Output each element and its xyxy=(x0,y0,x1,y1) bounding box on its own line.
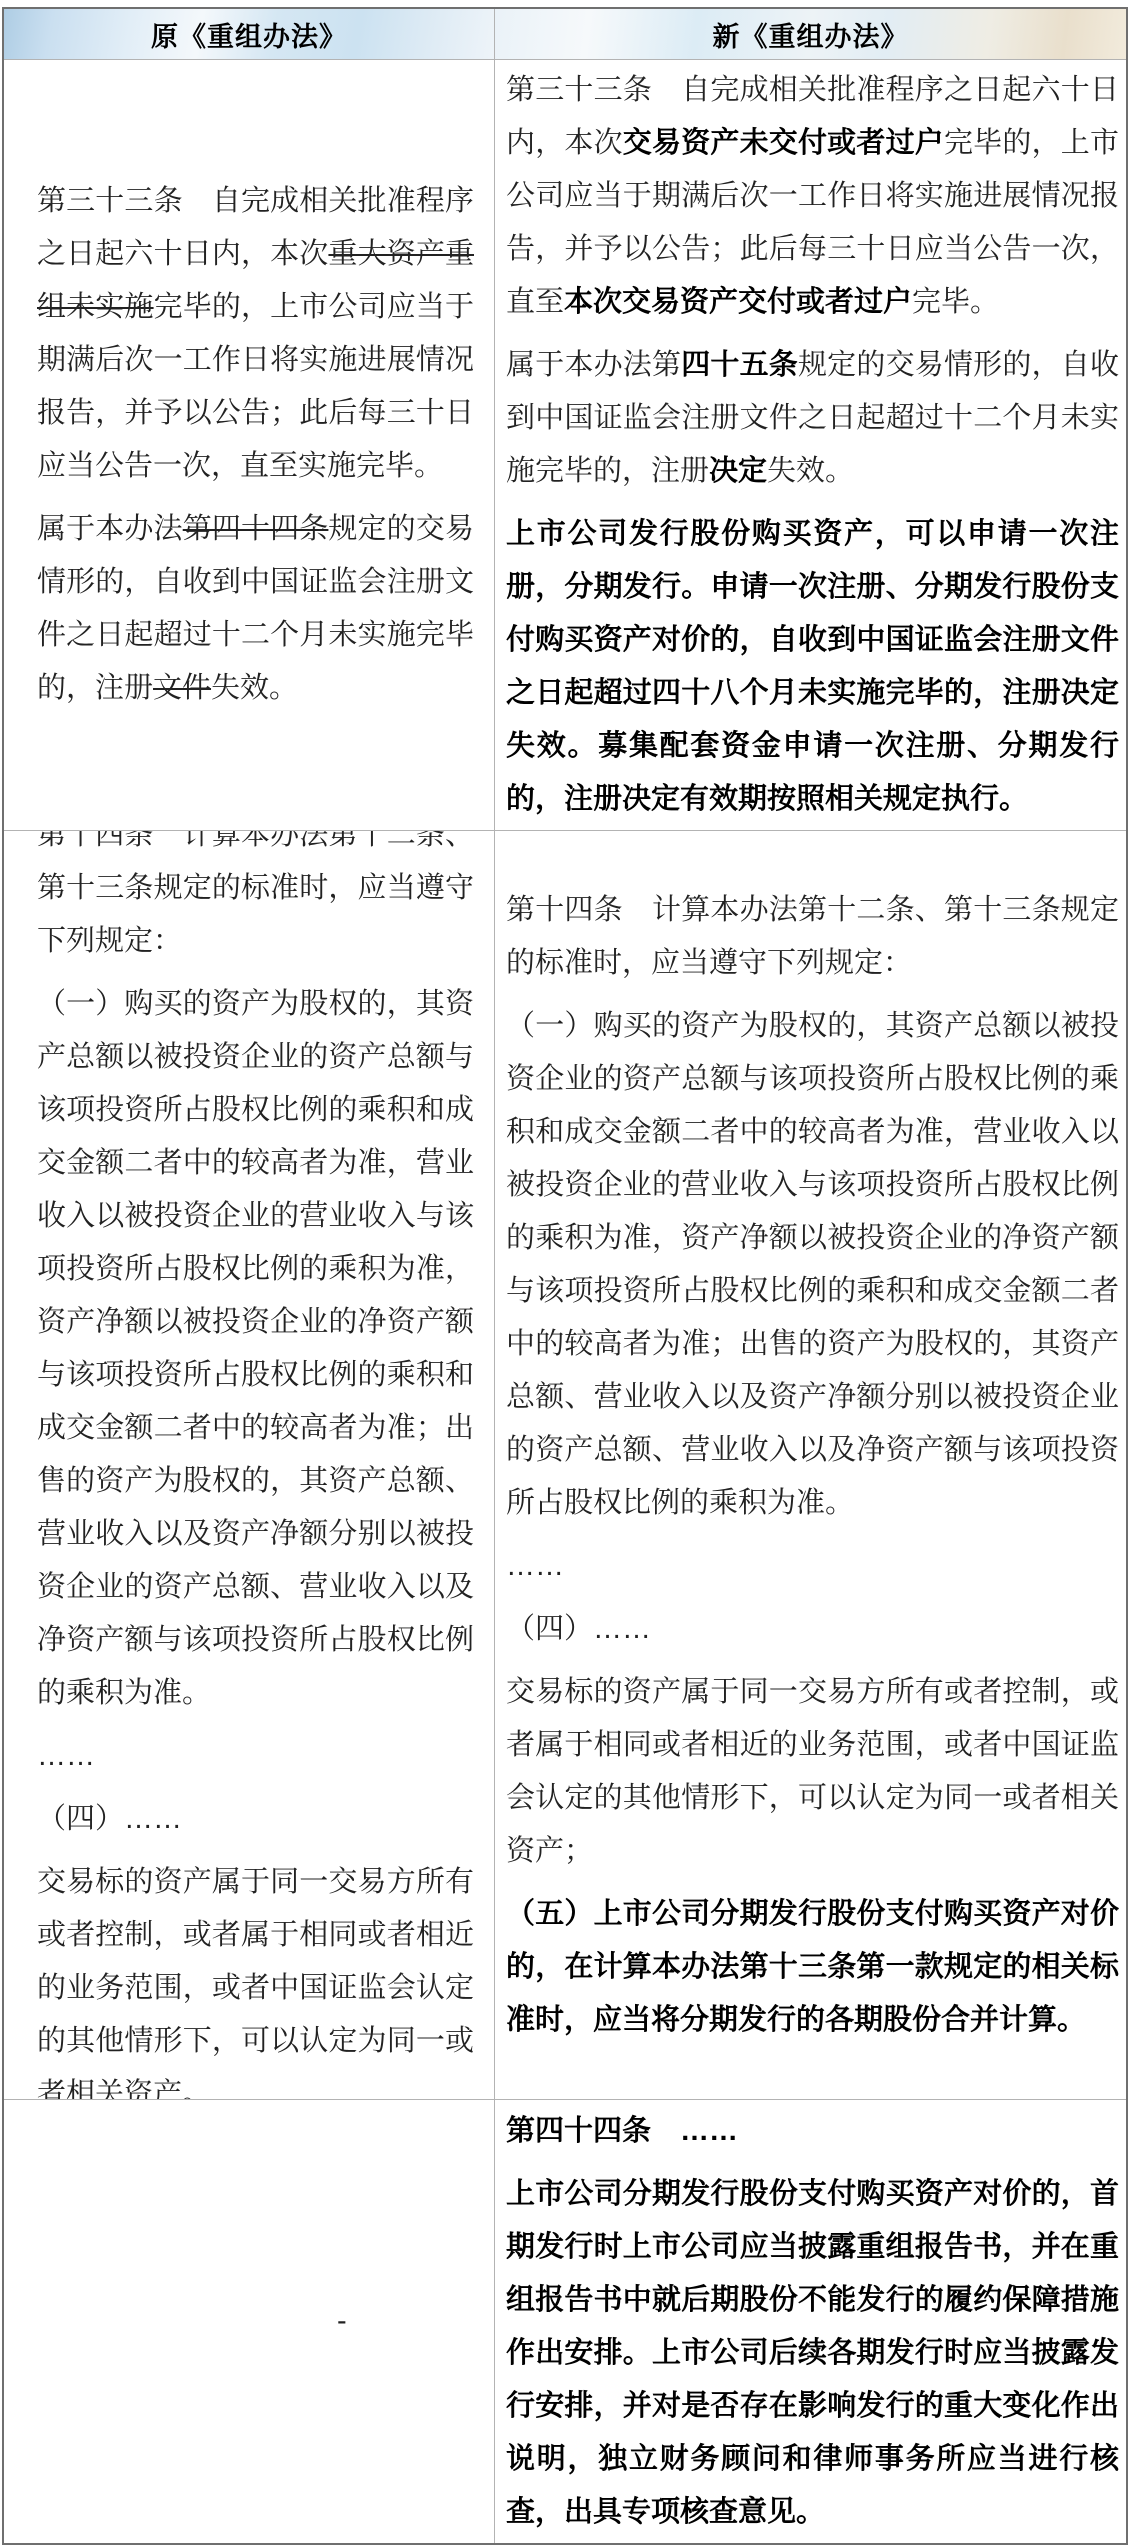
text: 第十四条 计算本办法第十二条、第十三条规定的标准时，应当遵守下列规定： xyxy=(506,894,1119,979)
cell-new-article-44: 第四十四条 ……上市公司分期发行股份支付购买资产对价的，首期发行时上市公司应当披… xyxy=(494,2100,1126,2543)
bold-added-text: 交易资产未交付或者过户 xyxy=(623,127,944,159)
strikethrough-removed-text: 第四十四条 xyxy=(183,513,329,545)
text: 交易标的资产属于同一交易方所有或者控制，或者属于相同或者相近的业务范围，或者中国… xyxy=(506,1676,1119,1867)
paragraph: 第十四条 计算本办法第十二条、第十三条规定的标准时，应当遵守下列规定： xyxy=(37,831,474,968)
bold-added-text: 上市公司分期发行股份支付购买资产对价的，首期发行时上市公司应当披露重组报告书，并… xyxy=(506,2178,1119,2528)
row-article-33: 第三十三条 自完成相关批准程序之日起六十日内，本次重大资产重组未实施完毕的，上市… xyxy=(4,59,1126,830)
text: …… xyxy=(506,1550,564,1582)
text: （一）购买的资产为股权的，其资产总额以被投资企业的资产总额与该项投资所占股权比例… xyxy=(506,1010,1119,1519)
bold-added-text: 上市公司发行股份购买资产，可以申请一次注册，分期发行。申请一次注册、分期发行股份… xyxy=(506,518,1119,815)
paragraph: 属于本办法第四十五条规定的交易情形的，自收到中国证监会注册文件之日起超过十二个月… xyxy=(506,339,1119,498)
strikethrough-removed-text: 文件 xyxy=(153,672,211,704)
cell-old-article-44-empty: - xyxy=(4,2100,494,2543)
text: 属于本办法第 xyxy=(506,349,681,381)
bold-added-text: 本次交易资产交付或者过户 xyxy=(564,286,912,318)
bold-added-text: 决定 xyxy=(709,455,767,487)
bold-added-text: 第四十四条 …… xyxy=(506,2115,738,2147)
text: …… xyxy=(37,1740,95,1772)
paragraph: （五）上市公司分期发行股份支付购买资产对价的，在计算本办法第十三条第一款规定的相… xyxy=(506,1888,1119,2047)
paragraph: 第十四条 计算本办法第十二条、第十三条规定的标准时，应当遵守下列规定： xyxy=(506,884,1119,990)
paragraph: 交易标的资产属于同一交易方所有或者控制，或者属于相同或者相近的业务范围，或者中国… xyxy=(37,1856,474,2099)
text: （四）…… xyxy=(506,1613,651,1645)
cell-new-article-14: 第十四条 计算本办法第十二条、第十三条规定的标准时，应当遵守下列规定：（一）购买… xyxy=(494,831,1126,2099)
header-row: 原《重组办法》 新《重组办法》 xyxy=(4,9,1126,59)
paragraph: 交易标的资产属于同一交易方所有或者控制，或者属于相同或者相近的业务范围，或者中国… xyxy=(506,1666,1119,1878)
header-new-label: 新《重组办法》 xyxy=(713,15,909,54)
bold-added-text: 四十五条 xyxy=(681,349,798,381)
header-old-measures: 原《重组办法》 xyxy=(4,9,494,59)
cell-new-article-33: 第三十三条 自完成相关批准程序之日起六十日内，本次交易资产未交付或者过户完毕的，… xyxy=(494,60,1126,830)
paragraph: …… xyxy=(37,1730,474,1783)
text: 交易标的资产属于同一交易方所有或者控制，或者属于相同或者相近的业务范围，或者中国… xyxy=(37,1866,474,2099)
paragraph: （一）购买的资产为股权的，其资产总额以被投资企业的资产总额与该项投资所占股权比例… xyxy=(506,1000,1119,1530)
text: 属于本办法 xyxy=(37,513,183,545)
row-article-44: - 第四十四条 ……上市公司分期发行股份支付购买资产对价的，首期发行时上市公司应… xyxy=(4,2099,1126,2543)
comparison-table: 原《重组办法》 新《重组办法》 第三十三条 自完成相关批准程序之日起六十日内，本… xyxy=(2,7,1128,2545)
text: （一）购买的资产为股权的，其资产总额以被投资企业的资产总额与该项投资所占股权比例… xyxy=(37,988,474,1709)
paragraph: （四）…… xyxy=(37,1793,474,1846)
text: 失效。 xyxy=(211,672,298,704)
paragraph: 属于本办法第四十四条规定的交易情形的，自收到中国证监会注册文件之日起超过十二个月… xyxy=(37,503,474,715)
text: 失效。 xyxy=(767,455,854,487)
paragraph: （四）…… xyxy=(506,1603,1119,1656)
text: 完毕。 xyxy=(912,286,999,318)
paragraph: 第三十三条 自完成相关批准程序之日起六十日内，本次交易资产未交付或者过户完毕的，… xyxy=(506,64,1119,329)
row-article-14: 第十四条 计算本办法第十二条、第十三条规定的标准时，应当遵守下列规定：（一）购买… xyxy=(4,830,1126,2099)
bold-added-text: （五）上市公司分期发行股份支付购买资产对价的，在计算本办法第十三条第一款规定的相… xyxy=(506,1898,1119,2036)
cell-old-article-14: 第十四条 计算本办法第十二条、第十三条规定的标准时，应当遵守下列规定：（一）购买… xyxy=(4,831,494,2099)
header-new-measures: 新《重组办法》 xyxy=(494,9,1126,59)
text: 第十四条 计算本办法第十二条、第十三条规定的标准时，应当遵守下列规定： xyxy=(37,831,474,957)
paragraph: …… xyxy=(506,1540,1119,1593)
paragraph: 第四十四条 …… xyxy=(506,2105,1119,2158)
paragraph: （一）购买的资产为股权的，其资产总额以被投资企业的资产总额与该项投资所占股权比例… xyxy=(37,978,474,1720)
paragraph: - xyxy=(37,2295,474,2348)
paragraph: 上市公司发行股份购买资产，可以申请一次注册，分期发行。申请一次注册、分期发行股份… xyxy=(506,508,1119,826)
paragraph: 上市公司分期发行股份支付购买资产对价的，首期发行时上市公司应当披露重组报告书，并… xyxy=(506,2168,1119,2539)
text: - xyxy=(337,2305,347,2337)
paragraph: 第三十三条 自完成相关批准程序之日起六十日内，本次重大资产重组未实施完毕的，上市… xyxy=(37,175,474,493)
cell-old-article-33: 第三十三条 自完成相关批准程序之日起六十日内，本次重大资产重组未实施完毕的，上市… xyxy=(4,60,494,830)
header-old-label: 原《重组办法》 xyxy=(151,15,347,54)
text: （四）…… xyxy=(37,1803,182,1835)
